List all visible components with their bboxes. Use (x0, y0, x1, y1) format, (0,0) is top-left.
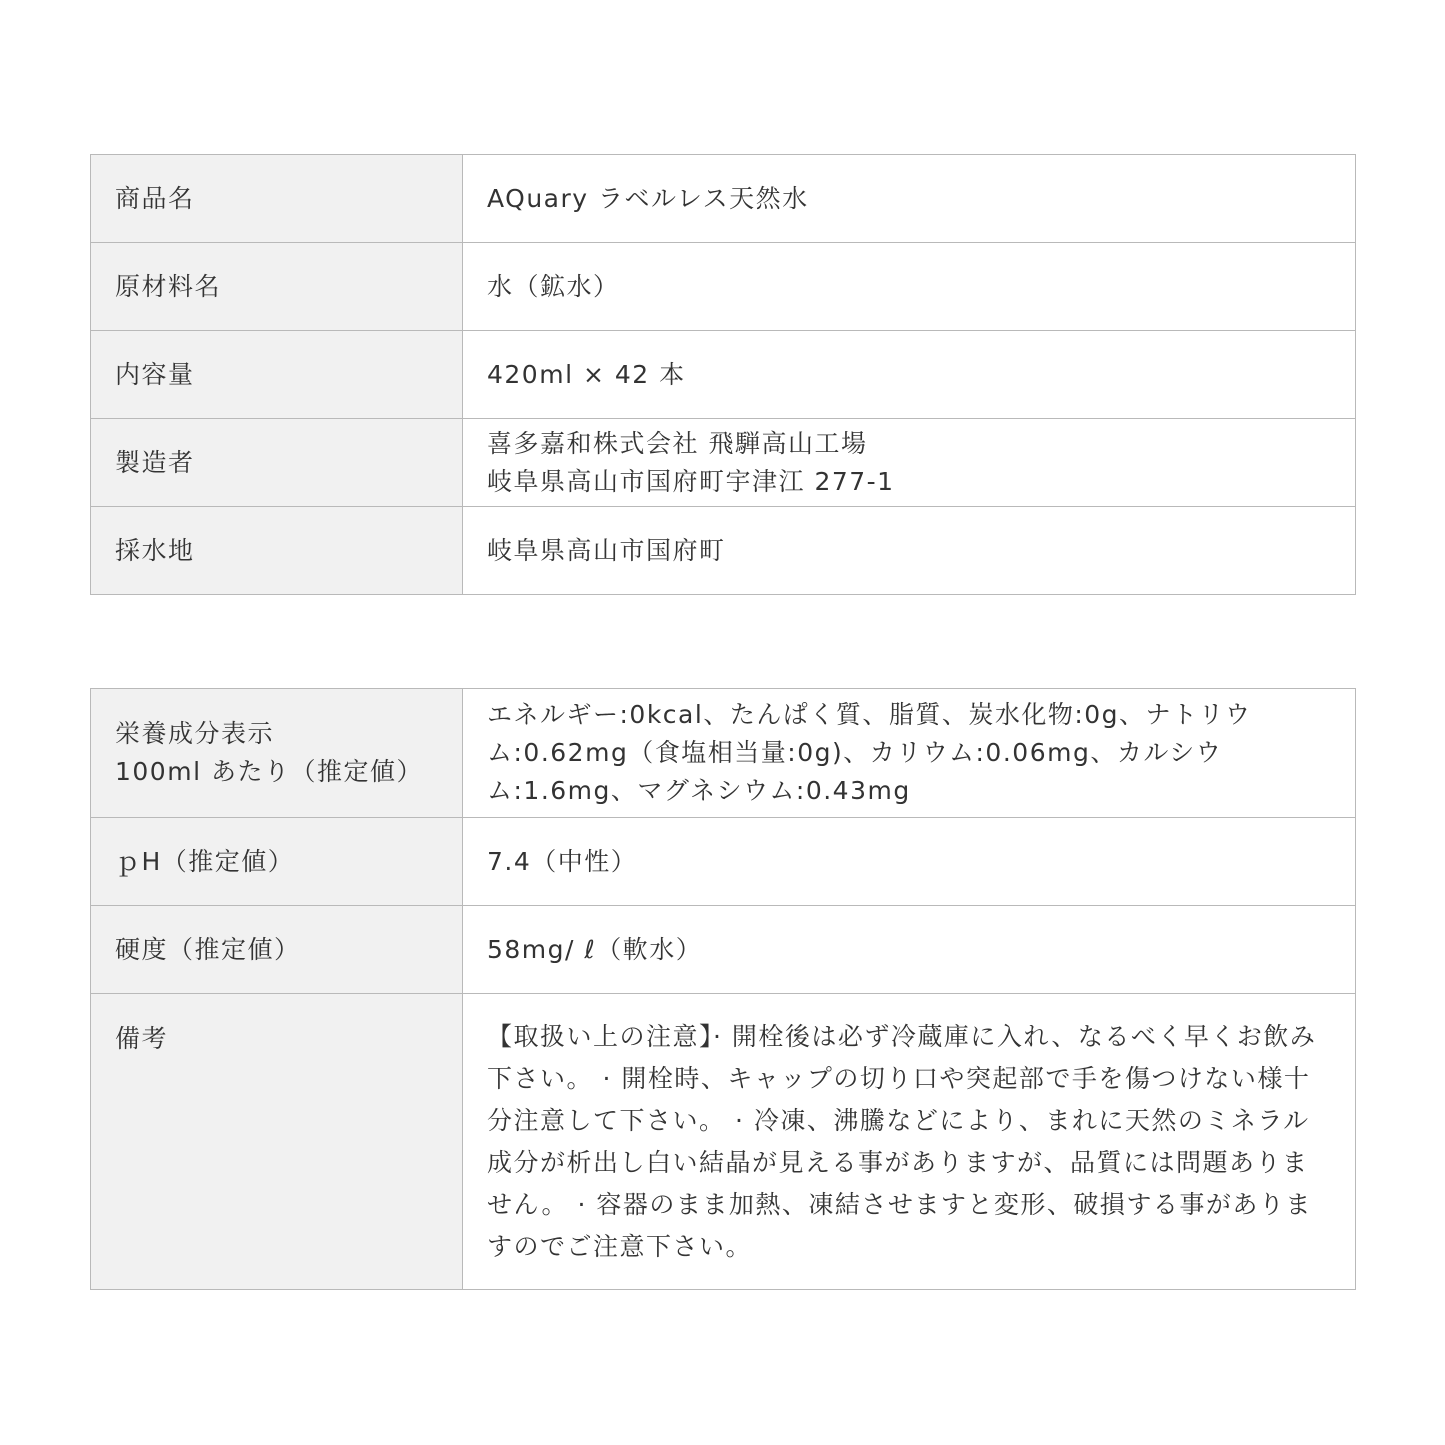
row-label: 栄養成分表示 100ml あたり（推定値） (91, 689, 463, 818)
table-row-ingredients: 原材料名 水（鉱水） (91, 243, 1356, 331)
row-value: 420ml × 42 本 (463, 331, 1356, 419)
row-value: 喜多嘉和株式会社 飛騨高山工場 岐阜県高山市国府町宇津江 277-1 (463, 419, 1356, 507)
row-label: 採水地 (91, 507, 463, 595)
row-value: AQuary ラベルレス天然水 (463, 155, 1356, 243)
manufacturer-name: 喜多嘉和株式会社 飛騨高山工場 (487, 425, 1331, 463)
nutrition-info-table: 栄養成分表示 100ml あたり（推定値） エネルギー:0kcal、たんぱく質、… (90, 688, 1356, 1290)
table-row-contents: 内容量 420ml × 42 本 (91, 331, 1356, 419)
row-label: 内容量 (91, 331, 463, 419)
row-value: 7.4（中性） (463, 818, 1356, 906)
row-label: 原材料名 (91, 243, 463, 331)
manufacturer-address: 岐阜県高山市国府町宇津江 277-1 (487, 463, 1331, 501)
row-value: エネルギー:0kcal、たんぱく質、脂質、炭水化物:0g、ナトリウム:0.62m… (463, 689, 1356, 818)
row-value: 水（鉱水） (463, 243, 1356, 331)
table-row-hardness: 硬度（推定値） 58mg/ ℓ（軟水） (91, 906, 1356, 994)
row-label: 商品名 (91, 155, 463, 243)
label-line: 栄養成分表示 (115, 715, 438, 753)
row-label: 製造者 (91, 419, 463, 507)
table-row-nutrition: 栄養成分表示 100ml あたり（推定値） エネルギー:0kcal、たんぱく質、… (91, 689, 1356, 818)
table-row-ph: ｐH（推定値） 7.4（中性） (91, 818, 1356, 906)
table-row-notes: 備考 【取扱い上の注意】· 開栓後は必ず冷蔵庫に入れ、なるべく早くお飲み下さい。… (91, 994, 1356, 1290)
row-value: 【取扱い上の注意】· 開栓後は必ず冷蔵庫に入れ、なるべく早くお飲み下さい。 · … (463, 994, 1356, 1290)
table-row-source: 採水地 岐阜県高山市国府町 (91, 507, 1356, 595)
row-label: ｐH（推定値） (91, 818, 463, 906)
table-row-product-name: 商品名 AQuary ラベルレス天然水 (91, 155, 1356, 243)
label-line: 100ml あたり（推定値） (115, 753, 438, 791)
row-label: 備考 (91, 994, 463, 1290)
row-value: 岐阜県高山市国府町 (463, 507, 1356, 595)
table-row-manufacturer: 製造者 喜多嘉和株式会社 飛騨高山工場 岐阜県高山市国府町宇津江 277-1 (91, 419, 1356, 507)
product-info-table: 商品名 AQuary ラベルレス天然水 原材料名 水（鉱水） 内容量 420ml… (90, 154, 1356, 595)
row-label: 硬度（推定値） (91, 906, 463, 994)
row-value: 58mg/ ℓ（軟水） (463, 906, 1356, 994)
